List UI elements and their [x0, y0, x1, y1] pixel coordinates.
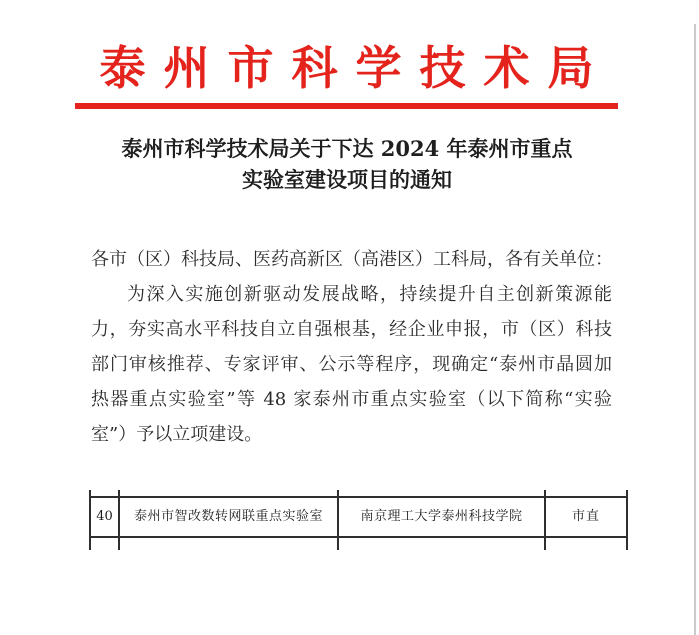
- body-paragraph-line: 热器重点实验室”等 48 家泰州市重点实验室（以下简称“实验: [91, 382, 612, 417]
- body-paragraph-line: 为深入实施创新驱动发展战略，持续提升自主创新策源能: [91, 277, 612, 312]
- scan-edge-line: [694, 24, 696, 635]
- document-page: 泰州市科学技术局 泰州市科学技术局关于下达 2024 年泰州市重点 实验室建设项…: [0, 0, 699, 635]
- document-title-line1: 泰州市科学技术局关于下达 2024 年泰州市重点: [40, 133, 654, 164]
- document-body: 各市（区）科技局、医药高新区（高港区）工科局，各有关单位： 为深入实施创新驱动发…: [91, 242, 612, 452]
- document-title-line2: 实验室建设项目的通知: [40, 164, 654, 195]
- letterhead-divider-rule: [75, 103, 618, 109]
- table-cell-row-index: 40: [91, 498, 118, 536]
- table-cell-lab-name: 泰州市智改数转网联重点实验室: [120, 498, 337, 536]
- body-paragraph-line: 部门审核推荐、专家评审、公示等程序，现确定“泰州市晶圆加: [91, 347, 612, 382]
- body-salutation-line: 各市（区）科技局、医药高新区（高港区）工科局，各有关单位：: [91, 242, 612, 277]
- table-cell-institution: 南京理工大学泰州科技学院: [339, 498, 544, 536]
- document-title: 泰州市科学技术局关于下达 2024 年泰州市重点 实验室建设项目的通知: [40, 133, 654, 195]
- letterhead-org-name: 泰州市科学技术局: [75, 40, 618, 96]
- table-border-right: [626, 490, 628, 550]
- body-paragraph-line: 力，夯实高水平科技自立自强根基，经企业申报，市（区）科技: [91, 312, 612, 347]
- body-paragraph-line: 室”）予以立项建设。: [91, 417, 612, 452]
- table-border-bottom: [89, 536, 628, 538]
- table-cell-affiliation: 市直: [546, 498, 626, 536]
